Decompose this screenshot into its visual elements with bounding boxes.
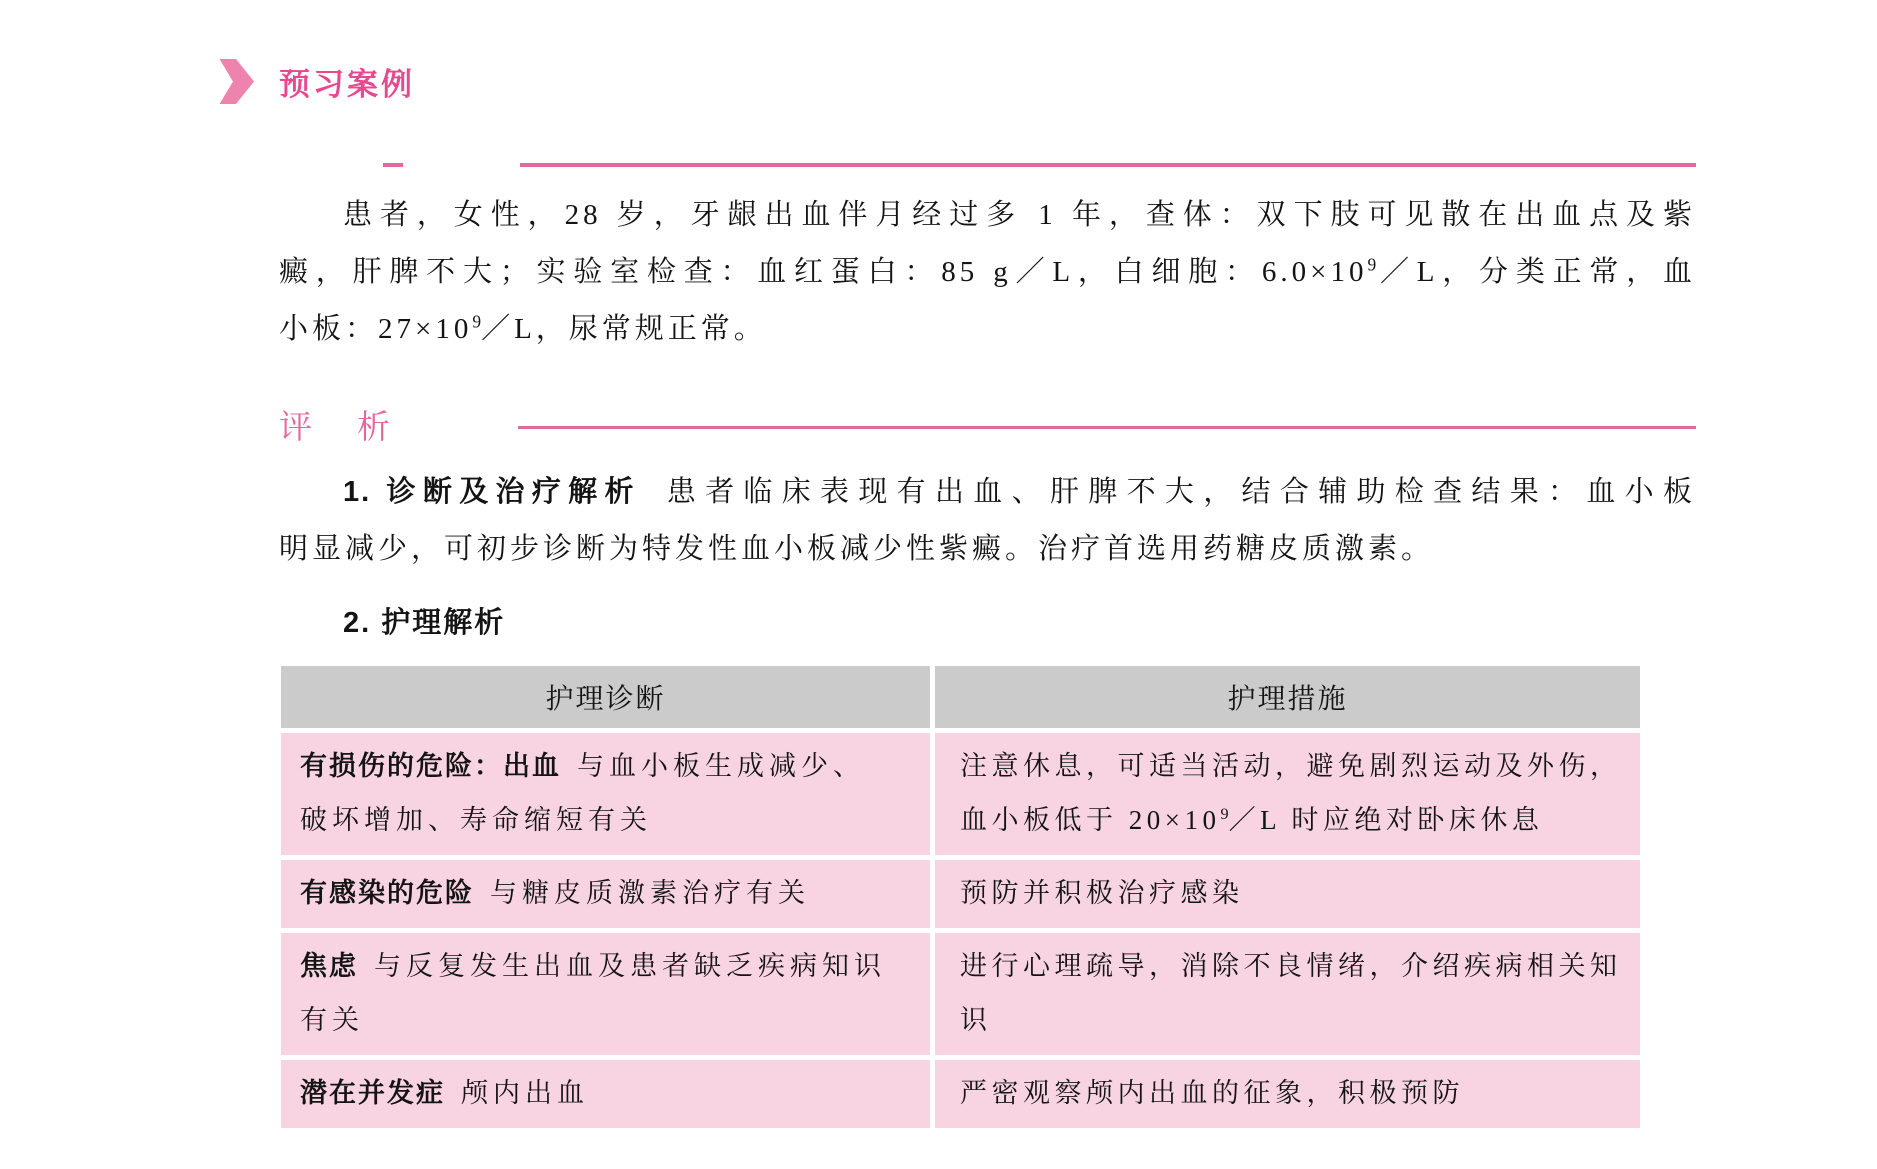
measure-text: 预防并积极治疗感染	[960, 878, 1244, 908]
nursing-table: 护理诊断 护理措施 有损伤的危险：出血与血小板生成减少、破坏增加、寿命缩短有关 …	[281, 666, 1640, 1128]
exponent: 9	[472, 311, 481, 331]
table-row: 焦虑与反复发生出血及患者缺乏疾病知识有关 进行心理疏导，消除不良情绪，介绍疾病相…	[281, 933, 1640, 1055]
case-text: 小板：27×10	[279, 313, 472, 345]
column-header-diagnosis: 护理诊断	[281, 666, 930, 728]
case-line-3: 小板：27×109／L，尿常规正常。	[279, 301, 1696, 358]
column-header-measures: 护理措施	[935, 666, 1640, 728]
measure-text: ／L 时应绝对卧床休息	[1229, 805, 1544, 835]
divider-dash	[383, 163, 403, 167]
table-row: 有损伤的危险：出血与血小板生成减少、破坏增加、寿命缩短有关 注意休息，可适当活动…	[281, 733, 1640, 855]
chevron-right-icon	[215, 58, 257, 105]
diagnosis-cell: 有感染的危险与糖皮质激素治疗有关	[281, 860, 930, 928]
section-header-preview-case: 预习案例	[215, 58, 1877, 105]
page: 预习案例 患者，女性，28 岁，牙龈出血伴月经过多 1 年，查体：双下肢可见散在…	[0, 58, 1877, 1128]
measure-cell: 严密观察颅内出血的征象，积极预防	[935, 1060, 1640, 1128]
case-line-1: 患者，女性，28 岁，牙龈出血伴月经过多 1 年，查体：双下肢可见散在出血点及紫	[279, 187, 1696, 244]
diagnosis-term: 有感染的危险	[300, 878, 474, 908]
analysis-item-1: 1. 诊断及治疗解析患者临床表现有出血、肝脾不大，结合辅助检查结果：血小板 明显…	[279, 464, 1696, 578]
divider-line	[520, 163, 1696, 167]
diagnosis-term: 焦虑	[300, 951, 358, 981]
measure-cell: 进行心理疏导，消除不良情绪，介绍疾病相关知识	[935, 933, 1640, 1055]
diagnosis-cell: 潜在并发症颅内出血	[281, 1060, 930, 1128]
title-divider	[279, 163, 1696, 167]
analysis-title: 评 析	[279, 404, 396, 450]
diagnosis-cell: 焦虑与反复发生出血及患者缺乏疾病知识有关	[281, 933, 930, 1055]
table-row: 有感染的危险与糖皮质激素治疗有关 预防并积极治疗感染	[281, 860, 1640, 928]
diagnosis-detail: 与反复发生出血及患者缺乏疾病知识有关	[300, 951, 886, 1035]
case-text: 患者，女性，28 岁，牙龈出血伴月经过多 1 年，查体：双下肢可见散在出血点及紫	[343, 199, 1696, 231]
measure-cell: 注意休息，可适当活动，避免剧烈运动及外伤，血小板低于 20×109／L 时应绝对…	[935, 733, 1640, 855]
item2-number-title: 2. 护理解析	[343, 607, 505, 639]
analysis-item1-line2: 明显减少，可初步诊断为特发性血小板减少性紫癜。治疗首选用药糖皮质激素。	[279, 521, 1696, 578]
diagnosis-detail: 颅内出血	[461, 1078, 589, 1108]
case-text: 癜，肝脾不大；实验室检查：血红蛋白：85 g／L，白细胞：6.0×10	[279, 256, 1367, 288]
exponent: 9	[1367, 254, 1376, 274]
case-paragraph: 患者，女性，28 岁，牙龈出血伴月经过多 1 年，查体：双下肢可见散在出血点及紫…	[279, 187, 1696, 358]
measure-text: 严密观察颅内出血的征象，积极预防	[960, 1078, 1464, 1108]
table-row: 潜在并发症颅内出血 严密观察颅内出血的征象，积极预防	[281, 1060, 1640, 1128]
analysis-item-2: 2. 护理解析	[279, 600, 1696, 646]
item1-text: 患者临床表现有出血、肝脾不大，结合辅助检查结果：血小板	[667, 476, 1696, 508]
analysis-divider-line	[518, 426, 1696, 429]
exponent: 9	[1220, 805, 1228, 823]
item1-number-title: 1. 诊断及治疗解析	[343, 476, 641, 508]
case-text: ／L，分类正常，血	[1376, 256, 1696, 288]
page-title: 预习案例	[279, 59, 415, 104]
diagnosis-term: 有损伤的危险：出血	[300, 751, 561, 781]
diagnosis-term: 潜在并发症	[300, 1078, 445, 1108]
page-content: 患者，女性，28 岁，牙龈出血伴月经过多 1 年，查体：双下肢可见散在出血点及紫…	[279, 163, 1696, 1128]
diagnosis-detail: 与糖皮质激素治疗有关	[490, 878, 810, 908]
analysis-item1-line1: 1. 诊断及治疗解析患者临床表现有出血、肝脾不大，结合辅助检查结果：血小板	[279, 464, 1696, 521]
section-header-analysis: 评 析	[279, 404, 1696, 450]
measure-cell: 预防并积极治疗感染	[935, 860, 1640, 928]
diagnosis-cell: 有损伤的危险：出血与血小板生成减少、破坏增加、寿命缩短有关	[281, 733, 930, 855]
measure-text: 进行心理疏导，消除不良情绪，介绍疾病相关知识	[960, 951, 1622, 1035]
table-header-row: 护理诊断 护理措施	[281, 666, 1640, 728]
case-line-2: 癜，肝脾不大；实验室检查：血红蛋白：85 g／L，白细胞：6.0×109／L，分…	[279, 244, 1696, 301]
case-text: ／L，尿常规正常。	[481, 313, 767, 345]
